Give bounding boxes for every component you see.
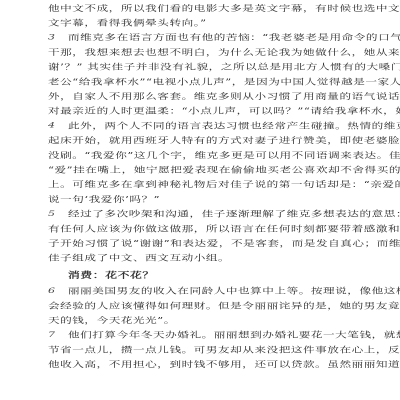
text-line: 子开始习惯了说“谢谢”和表达爱，不是客套，而是发自真心；而维克多也和: [48, 236, 360, 250]
text-line: 他中文不成，所以我们看的电影大多是英文字幕，有时候也选中文字幕或者西: [48, 1, 360, 15]
text-line: 此外，两个人不同的语言表达习惯也经常产生碰撞。热情的维克多每天从: [68, 119, 360, 133]
text-line: 干那，我想来想去也想不明白，为什么无论我为她做什么，她从来不说‘谢: [48, 45, 360, 59]
text-line: “爱”挂在嘴上，她宁愿把爱表现在偷偷地买老公喜欢却不舍得买的复古公文包: [48, 163, 360, 177]
text-line: 他们打算今年冬天办婚礼。丽丽想到办婚礼要花一大笔钱，就想说服男友: [68, 328, 360, 342]
text-line: 外，自家人不用那么客套。维克多则从小习惯了用商量的语气说话，尤其是面: [48, 89, 360, 103]
text-line: 上。可维克多在拿到神秘礼物后对佳子说的第一句话却是：“亲爱的，你能对我: [48, 177, 360, 191]
text-line: 谢’？” 其实佳子并非没有礼貌，之所以总是用北方人惯有的大嗓门儿“命令”: [48, 60, 360, 74]
text-line: 有任何人应该为你做这做那，所以语言在任何时刻都要带着感激和爱。现在佳: [48, 222, 360, 236]
text-line: 节省一点儿，攒一点儿钱。可男友却从来没把这件事放在心上，反而跟丽丽说，: [48, 343, 360, 357]
text-line: 会经验的人应该懂得如何理财。但是令丽丽诧异的是，她的男友竟然主张“今: [48, 299, 360, 313]
text-line: 没刷。“我爱你”这几个字，维克多更是可以用不同语调来表达。佳子则很少把: [48, 148, 360, 162]
text-line: 佳子组成了中文、西文互动小组。: [48, 251, 360, 265]
text-line: 天的钱，今天花光光”。: [48, 313, 360, 327]
text-line: 丽丽美国男友的收入在同龄人中也算中上等。按理说，像他这样有一定社: [68, 284, 360, 298]
paragraph-number: 6: [48, 284, 60, 298]
text-segment: “爱”挂在嘴上，她宁愿把爱表现在偷偷地买老公喜欢却不舍得买的: [48, 165, 400, 175]
paragraph-number: 3: [48, 30, 60, 44]
text-line: 而维克多在语言方面也有他的苦恼：“我老婆老是用命令的口气让我干这: [68, 30, 360, 44]
text-line: 文字幕，看得我俩晕头转向。”: [48, 16, 360, 30]
paragraph-number: 5: [48, 207, 60, 221]
text-line: 对最亲近的人时更温柔：“小点儿声，可以吗？”“请给我拿杯水，好吗？”。: [48, 104, 360, 118]
text-line: 他收入高，不用担心，到时钱不够用，还可以贷款。虽然丽丽知道很多西方人: [48, 357, 360, 371]
paragraph-number: 7: [48, 328, 60, 342]
text-line: 老公“给我拿杯水”“电视小点儿声”，是因为中国人觉得越是一家人越不用见: [48, 75, 360, 89]
text-line: 经过了多次吵架和沟通，佳子逐渐理解了维克多想表达的意思：世界上没: [68, 207, 360, 221]
section-heading: 消费：花不花？: [68, 268, 155, 282]
text-line: 起床开始，就用西班牙人特有的方式对妻子进行赞美，即使老婆脸没洗，牙也: [48, 133, 360, 147]
text-line: 说一句‘我爱你’吗？”: [48, 192, 360, 206]
paragraph-number: 4: [48, 119, 60, 133]
